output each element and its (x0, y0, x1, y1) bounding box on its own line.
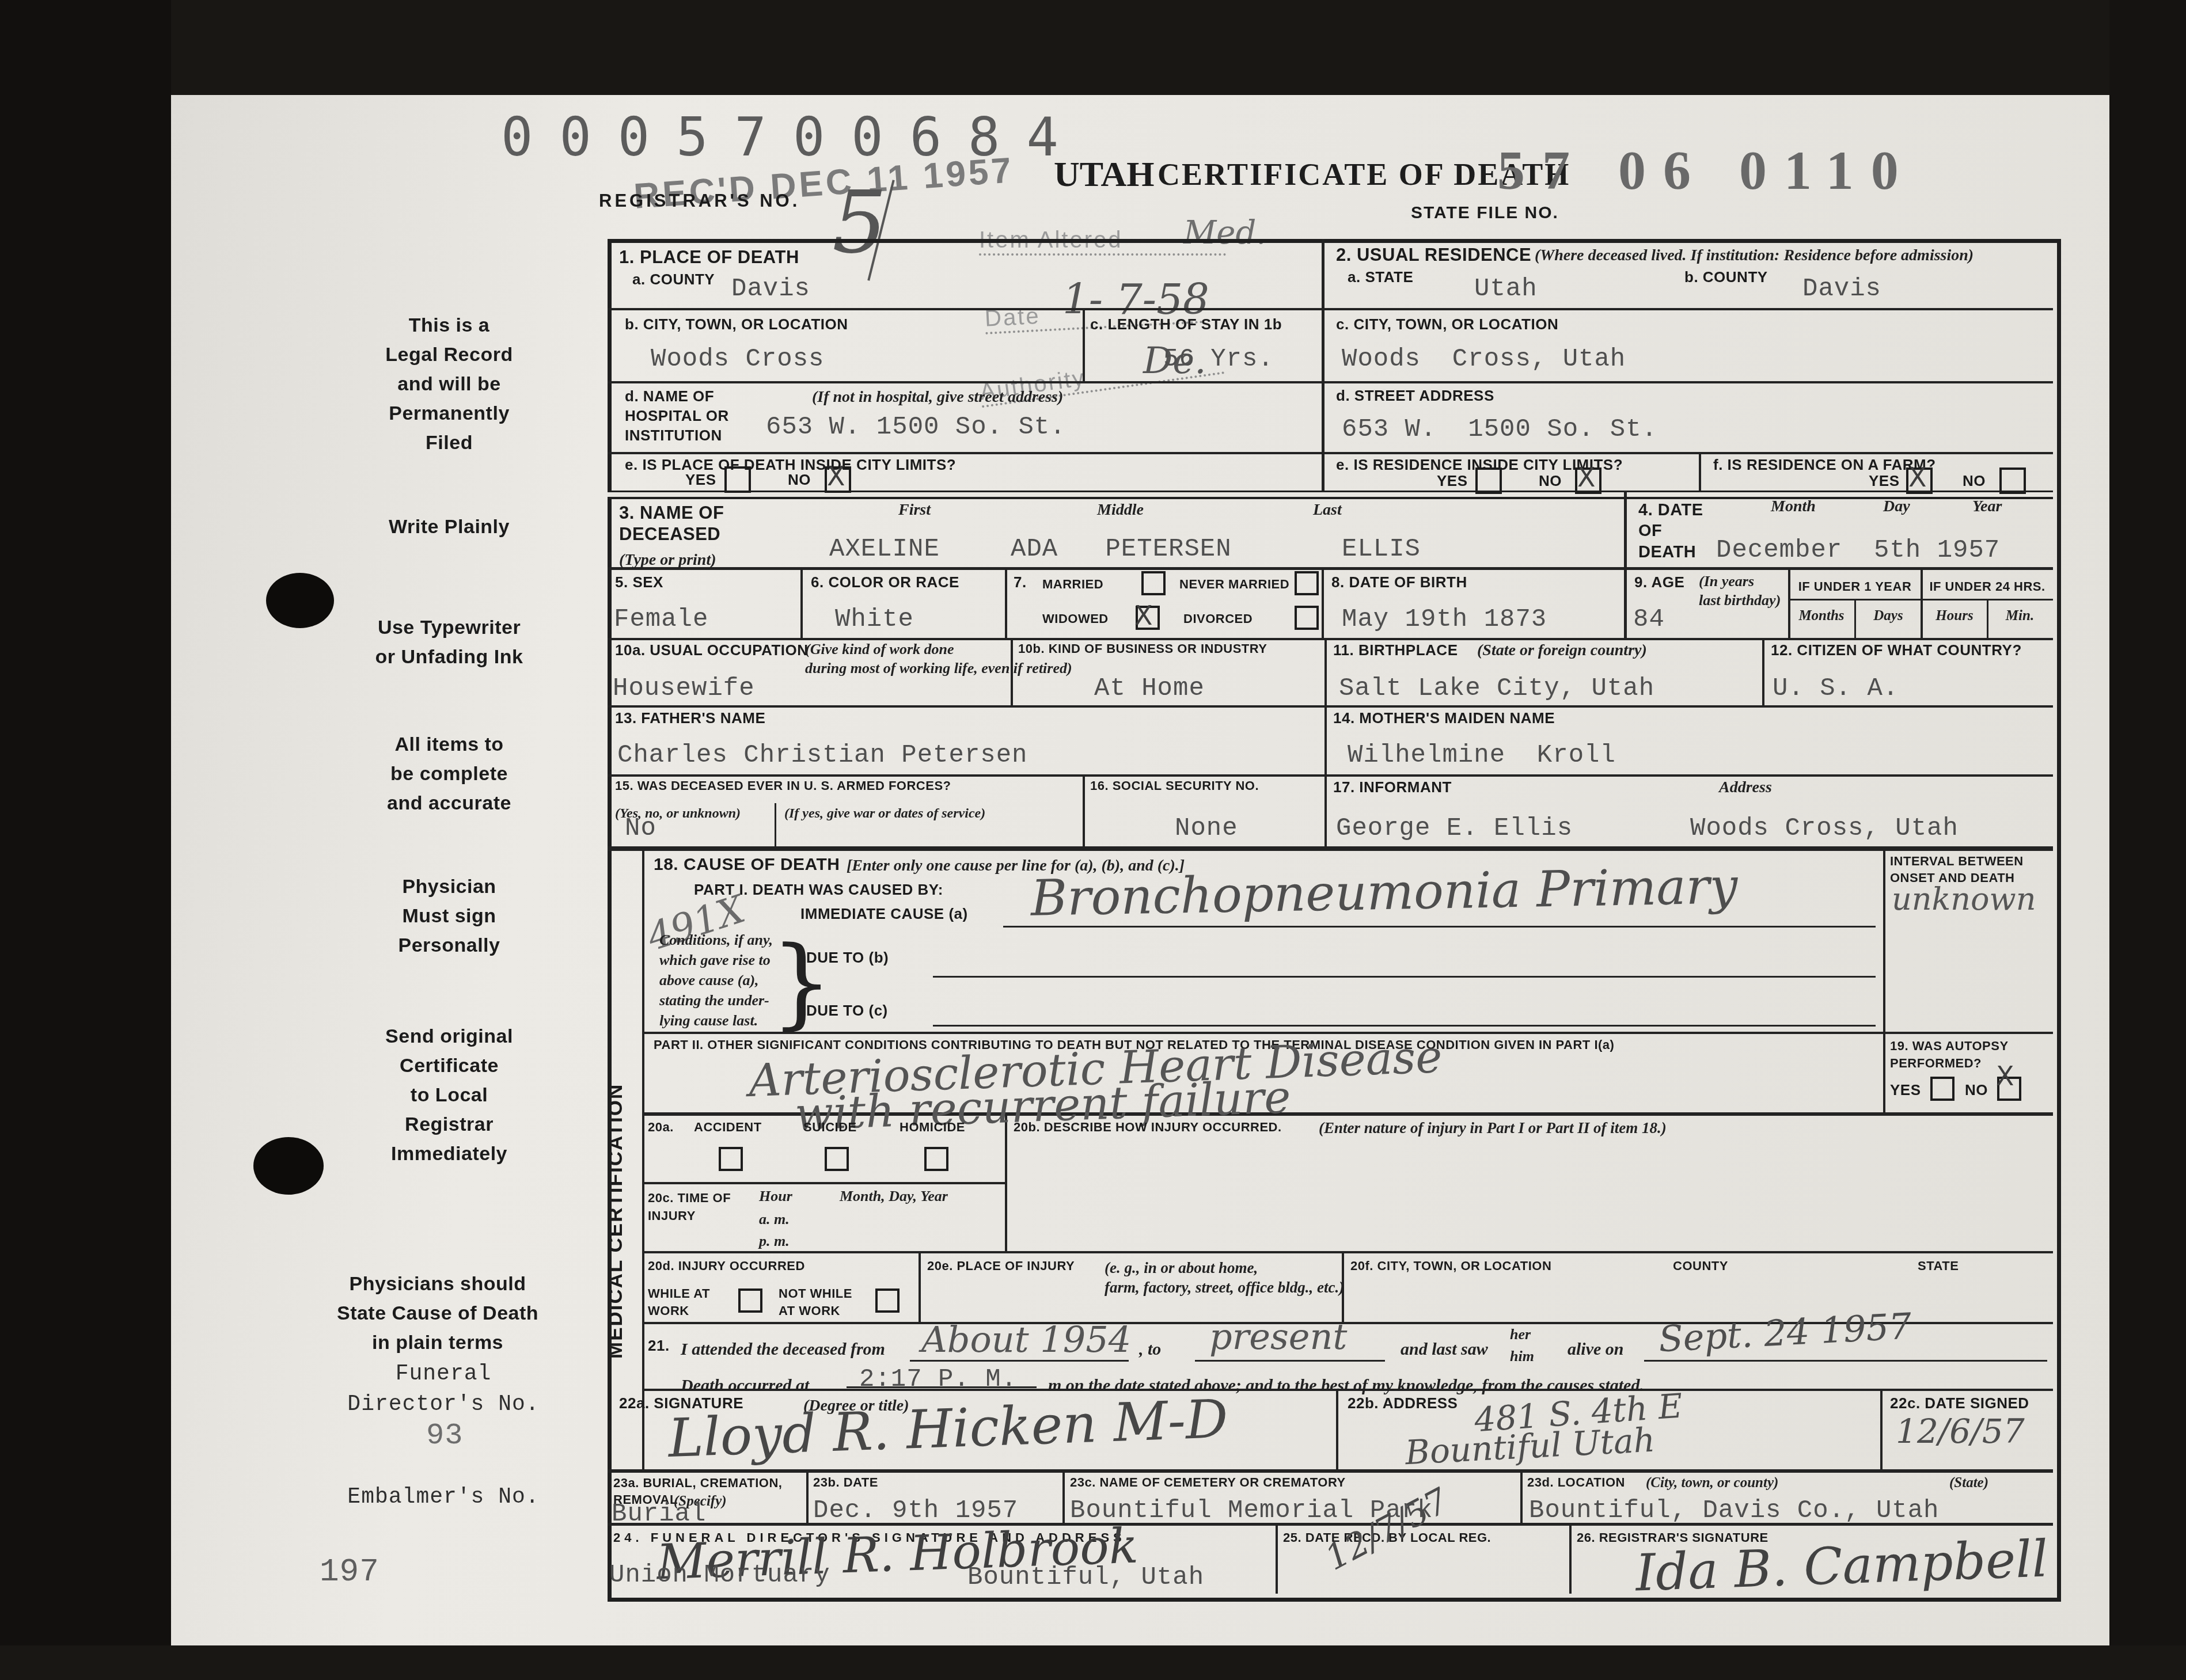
divider (642, 846, 644, 1469)
s22b-label: 22b. ADDRESS (1348, 1394, 1458, 1412)
funeral-directors-no-value: 93 (426, 1419, 463, 1452)
s10a-value: Housewife (613, 675, 755, 702)
s21-text5: Death occurred at (681, 1375, 809, 1397)
s8-label: 8. DATE OF BIRTH (1331, 573, 1467, 591)
s13-label: 13. FATHER'S NAME (615, 709, 765, 727)
s21-num: 21. (648, 1337, 670, 1355)
s19-no-label: NO (1965, 1081, 1988, 1099)
divider (1644, 1360, 2047, 1362)
divider (1880, 1389, 1883, 1469)
s2d-value: 653 W. 1500 So. St. (1342, 416, 1657, 443)
divider (1883, 846, 1885, 1112)
divider (608, 567, 2053, 570)
s2c-value: Woods Cross, Utah (1342, 345, 1626, 373)
s2e-no-label: NO (1539, 472, 1562, 490)
state-file-label: STATE FILE NO. (1411, 203, 1559, 223)
s1d-note: (If not in hospital, give street address… (812, 387, 1063, 407)
divider (800, 567, 803, 638)
divider (910, 1360, 1129, 1362)
s2e-yes-checkbox (1475, 467, 1502, 494)
divider (1624, 491, 1627, 638)
divider (642, 1182, 1005, 1184)
s20c-mdy-label: Month, Day, Year (840, 1187, 948, 1206)
s9-hours-header: Hours (1923, 607, 1986, 625)
margin-note-complete: All items to be complete and accurate (311, 730, 587, 818)
s11-note: (State or foreign country) (1477, 640, 1647, 660)
s2c-label: c. CITY, TOWN, OR LOCATION (1336, 316, 1558, 333)
s17-value: George E. Ellis (1336, 815, 1573, 842)
s1e-yes-label: YES (685, 471, 716, 489)
s17-label: 17. INFORMANT (1333, 778, 1452, 796)
divider (608, 774, 2053, 777)
s3-first-value: AXELINE (829, 535, 940, 563)
s19-yes-checkbox (1930, 1077, 1955, 1101)
s9-under-day-label: IF UNDER 24 HRS. (1923, 579, 2051, 594)
divider (806, 1469, 809, 1523)
s6-value: White (835, 606, 914, 633)
margin-note-physician-sign: Physician Must sign Personally (311, 872, 587, 960)
s20c-am-label: a. m. (759, 1210, 790, 1229)
s18-label: 18. CAUSE OF DEATH (654, 854, 840, 875)
s19-no-checkmark: X (1996, 1061, 2014, 1092)
s7-married-label: MARRIED (1042, 577, 1103, 592)
s20a-suicide-label: SUICIDE (803, 1120, 857, 1135)
s21-text2: , to (1139, 1339, 1161, 1360)
divider (642, 1032, 2053, 1034)
s21-from-value: About 1954 (921, 1318, 1131, 1360)
s2f-label: f. IS RESIDENCE ON A FARM? (1713, 456, 1936, 474)
s2b-value: Davis (1802, 275, 1881, 303)
divider (1322, 567, 1324, 638)
s21-text4: alive on (1568, 1339, 1624, 1360)
divider (919, 1251, 921, 1322)
divider (608, 308, 1322, 310)
divider (1062, 1469, 1065, 1523)
s7-never-married-checkbox (1295, 571, 1319, 595)
s23c-label: 23c. NAME OF CEMETERY OR CREMATORY (1070, 1475, 1346, 1490)
s23d-state-note: (State) (1949, 1474, 1988, 1492)
s23b-value: Dec. 9th 1957 (813, 1497, 1018, 1525)
s3-last-header: Last (1313, 500, 1342, 520)
s10a-label: 10a. USUAL OCCUPATION (615, 641, 809, 659)
s21-text3: and last saw (1401, 1339, 1488, 1360)
divider (1324, 774, 1327, 846)
s9-days-header: Days (1857, 607, 1919, 625)
s19-yes-label: YES (1890, 1081, 1921, 1099)
photo-edge-right (2109, 0, 2186, 1680)
margin-note-plain-terms: Physicians should State Cause of Death i… (265, 1269, 610, 1358)
s4-day-header: Day (1883, 496, 1910, 516)
registrars-no-label: REGISTRAR'S NO. (599, 190, 800, 211)
s2e-yes-label: YES (1437, 472, 1468, 490)
divider (847, 1386, 1037, 1388)
divider (608, 381, 2053, 383)
s23d-note: (City, town, or county) (1646, 1474, 1778, 1492)
s9-under-year-label: IF UNDER 1 YEAR (1791, 579, 1919, 594)
s20f-county-label: COUNTY (1673, 1259, 1728, 1274)
s24-city-value: Bountiful, Utah (967, 1564, 1204, 1591)
s20a-num: 20a. (648, 1120, 674, 1135)
s5-label: 5. SEX (615, 573, 663, 591)
s1c-value: 56 Yrs. (1163, 345, 1274, 373)
s18-due-b-label: DUE TO (b) (806, 949, 889, 967)
s20b-note: (Enter nature of injury in Part I or Par… (1319, 1119, 1667, 1138)
divider (1322, 239, 1324, 491)
divider (1324, 638, 1327, 774)
s1b-label: b. CITY, TOWN, OR LOCATION (625, 316, 848, 333)
s7-divorced-label: DIVORCED (1183, 611, 1253, 626)
divider (1569, 1523, 1572, 1594)
s2d-label: d. STREET ADDRESS (1336, 387, 1494, 405)
margin-note-write-plainly: Write Plainly (311, 515, 587, 539)
s17-address-header: Address (1719, 777, 1772, 797)
s9-min-header: Min. (1990, 607, 2050, 625)
divider (1762, 638, 1764, 705)
s2-title: 2. USUAL RESIDENCE (1336, 244, 1531, 265)
s2b-label: b. COUNTY (1684, 268, 1768, 286)
s18-due-c-label: DUE TO (c) (806, 1002, 888, 1020)
margin-note-send-original: Send original Certificate to Local Regis… (311, 1022, 587, 1169)
divider (1276, 1523, 1278, 1594)
s19-label: 19. WAS AUTOPSY PERFORMED? (1890, 1037, 2009, 1071)
s23d-label: 23d. LOCATION (1527, 1475, 1625, 1490)
s23a-value: Burial (612, 1500, 706, 1528)
s20d-while-checkbox (738, 1288, 762, 1313)
s9-months-header: Months (1790, 607, 1853, 625)
divider (1921, 567, 1923, 638)
s2a-label: a. STATE (1348, 268, 1413, 286)
divider (1336, 1389, 1338, 1469)
s20b-label: 20b. DESCRIBE HOW INJURY OCCURRED. (1014, 1120, 1282, 1135)
s18-immediate-label: IMMEDIATE CAUSE (a) (800, 905, 968, 923)
s20e-note: (e. g., in or about home, farm, factory,… (1105, 1259, 1358, 1298)
s20c-label: 20c. TIME OF INJURY (648, 1189, 731, 1225)
photo-edge-left (0, 0, 171, 1680)
s10b-value: At Home (1094, 675, 1205, 702)
s21-him-label: him (1510, 1347, 1534, 1366)
s7-widowed-checkmark: X (1134, 600, 1153, 631)
divider (1699, 452, 1701, 491)
s20a-suicide-checkbox (825, 1147, 849, 1171)
s20f-state-label: STATE (1918, 1259, 1959, 1274)
divider (933, 1025, 1876, 1027)
s9-value: 84 (1633, 606, 1665, 633)
s1c-label: c. LENGTH OF STAY IN 1b (1090, 316, 1282, 333)
s1e-no-checkmark: X (827, 461, 845, 492)
s20d-notwhile-checkbox (875, 1288, 900, 1313)
s1a-value: Davis (731, 275, 810, 303)
s22c-date-value: 12/6/57 (1896, 1412, 2025, 1451)
s23b-label: 23b. DATE (813, 1475, 878, 1490)
funeral-directors-no-label: Funeral Director's No. (282, 1359, 605, 1420)
s7-num: 7. (1014, 573, 1027, 591)
s3-middle-header: Middle (1097, 500, 1144, 520)
state-file-number: 57 06 0110 (1497, 138, 1916, 202)
s7-widowed-label: WIDOWED (1042, 611, 1109, 626)
s14-label: 14. MOTHER'S MAIDEN NAME (1333, 709, 1555, 727)
divider (933, 976, 1876, 978)
s2f-no-label: NO (1963, 472, 1986, 490)
s20c-hour-label: Hour (759, 1187, 792, 1206)
divider (608, 1469, 2053, 1473)
s20a-homicide-checkbox (924, 1147, 948, 1171)
s18-interval-label: INTERVAL BETWEEN ONSET AND DEATH (1890, 853, 2024, 886)
margin-note-legal-record: This is a Legal Record and will be Perma… (311, 311, 587, 458)
margin-note-typewriter: Use Typewriter or Unfading Ink (299, 613, 599, 672)
s20a-accident-checkbox (719, 1147, 743, 1171)
s20a-accident-label: ACCIDENT (694, 1120, 762, 1135)
s11-label: 11. BIRTHPLACE (1333, 641, 1458, 659)
s4-title: 4. DATE OF DEATH (1638, 500, 1703, 562)
divider (1083, 308, 1085, 381)
s4-month-header: Month (1771, 496, 1816, 516)
s21-her-label: her (1510, 1325, 1531, 1344)
divider (1520, 1469, 1523, 1523)
s20f-label: 20f. CITY, TOWN, OR LOCATION (1350, 1259, 1551, 1274)
s12-value: U. S. A. (1773, 675, 1899, 702)
divider (608, 452, 2053, 454)
s7-divorced-checkbox (1295, 606, 1319, 630)
s15-note2: (If yes, give war or dates of service) (784, 805, 985, 822)
embalmers-no-value: 197 (320, 1554, 379, 1590)
s21-to-value: present (1209, 1316, 1347, 1358)
s2e-no-checkmark: X (1577, 462, 1596, 493)
s18-brace: } (771, 926, 833, 1040)
divider (775, 803, 776, 846)
divider (1987, 599, 1988, 638)
s2a-value: Utah (1474, 275, 1538, 303)
s21-text1: I attended the deceased from (681, 1339, 885, 1360)
s20e-label: 20e. PLACE OF INJURY (927, 1259, 1075, 1274)
s20d-notwhile-label: NOT WHILE AT WORK (779, 1285, 852, 1319)
s2-title-note: (Where deceased lived. If institution: R… (1535, 245, 1974, 265)
s23d-value: Bountiful, Davis Co., Utah (1529, 1497, 1940, 1525)
photo-edge-bottom (0, 1645, 2186, 1680)
divider (1788, 567, 1790, 638)
s4-year-header: Year (1972, 496, 2002, 516)
s16-value: None (1175, 815, 1238, 842)
s9-label: 9. AGE (1634, 573, 1684, 591)
s11-value: Salt Lake City, Utah (1339, 675, 1654, 702)
s3-note: (Type or print) (619, 550, 716, 570)
s1d-value: 653 W. 1500 So. St. (766, 413, 1066, 441)
embalmers-no-label: Embalmer's No. (282, 1485, 605, 1510)
divider (608, 846, 2053, 851)
s3-last-value: ELLIS (1342, 535, 1421, 563)
title-state: UTAH (1054, 154, 1155, 195)
s18-conditions-note: Conditions, if any, which gave rise to a… (659, 930, 773, 1031)
divider (1322, 308, 2053, 310)
s1e-yes-checkbox (724, 466, 751, 493)
s2f-yes-checkmark: X (1908, 462, 1927, 493)
s18-interval-value: unknown (1892, 881, 2036, 917)
s7-never-married-label: NEVER MARRIED (1179, 577, 1289, 592)
divider (1083, 774, 1085, 846)
s6-label: 6. COLOR OR RACE (811, 573, 959, 591)
s17-address-value: Woods Cross, Utah (1690, 815, 1959, 842)
s18a-handwritten-value: Bronchopneumonia Primary (1030, 857, 1738, 927)
s3-first-header: First (898, 500, 931, 520)
s12-label: 12. CITIZEN OF WHAT COUNTRY? (1771, 641, 2022, 659)
s14-value: Wilhelmine Kroll (1348, 742, 1616, 769)
divider (642, 1251, 2053, 1253)
s3-middle-value: ADA PETERSEN (1011, 535, 1232, 563)
divider (608, 705, 2053, 708)
s1b-value: Woods Cross (651, 345, 824, 373)
s10b-label: 10b. KIND OF BUSINESS OR INDUSTRY (1018, 641, 1267, 656)
s4-value: December 5th 1957 (1716, 537, 2000, 564)
divider (1195, 1360, 1385, 1362)
s20a-homicide-label: HOMICIDE (900, 1120, 965, 1135)
s15-value: No (625, 815, 656, 842)
s1a-label: a. COUNTY (632, 271, 715, 288)
s21-time-value: 2:17 P. M. (859, 1366, 1017, 1393)
s7-married-checkbox (1141, 571, 1166, 595)
s20c-pm-label: p. m. (759, 1232, 790, 1251)
s16-label: 16. SOCIAL SECURITY NO. (1090, 778, 1259, 793)
s1d-label: d. NAME OF HOSPITAL OR INSTITUTION (625, 387, 729, 445)
s8-value: May 19th 1873 (1342, 606, 1547, 633)
s3-title: 3. NAME OF DECEASED (619, 502, 724, 545)
s22c-label: 22c. DATE SIGNED (1890, 1394, 2029, 1412)
s13-value: Charles Christian Petersen (617, 742, 1028, 769)
s20d-label: 20d. INJURY OCCURRED (648, 1259, 805, 1274)
divider (1003, 926, 1876, 928)
photo-edge-top (0, 0, 2186, 95)
s9-note: (In years last birthday) (1699, 572, 1781, 610)
s2f-yes-label: YES (1869, 472, 1900, 490)
s1e-no-label: NO (788, 471, 811, 489)
s24-mortuary-value: Union Mortuary (609, 1561, 830, 1589)
s15-label: 15. WAS DECEASED EVER IN U. S. ARMED FOR… (615, 778, 951, 793)
s2f-no-checkbox (1999, 467, 2026, 494)
divider (1005, 567, 1007, 638)
s1-title: 1. PLACE OF DEATH (619, 246, 799, 268)
s20d-while-label: WHILE AT WORK (648, 1285, 710, 1319)
divider (1854, 599, 1856, 638)
s5-value: Female (614, 606, 708, 633)
